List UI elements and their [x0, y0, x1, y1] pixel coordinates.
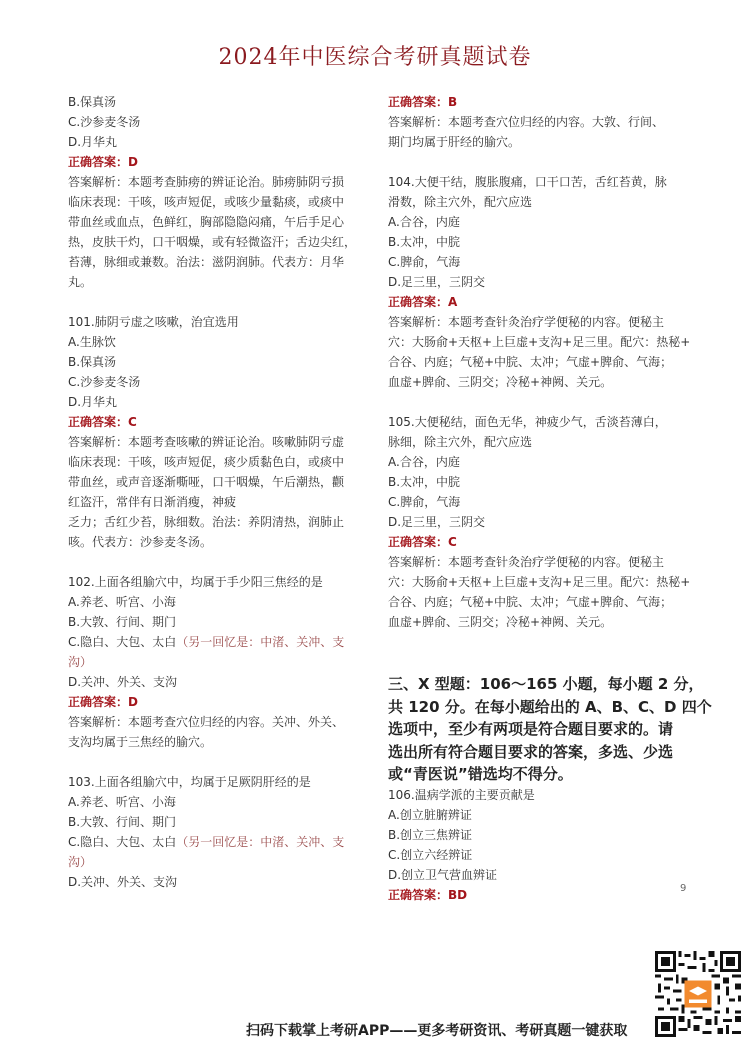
option: B.太冲，中脘	[388, 472, 698, 492]
option: D.创立卫气营血辨证	[388, 865, 698, 885]
analysis-line: 临床表现：干咳，咳声短促，或咳少量黏痰，或痰中	[68, 192, 378, 212]
option: B.大敦、行间、期门	[68, 812, 378, 832]
analysis-line: 带血丝或血点，色鲜红，胸部隐隐闷痛，午后手足心	[68, 212, 378, 232]
correct-answer: 正确答案：C	[388, 532, 698, 552]
qr-code-icon[interactable]	[655, 951, 741, 1037]
recall-note: 沟）	[68, 652, 378, 672]
analysis-line: 答案解析：本题考查肺痨的辨证论治。肺痨肺阴亏损	[68, 172, 378, 192]
correct-answer: 正确答案：B	[388, 92, 698, 112]
option: C.沙参麦冬汤	[68, 112, 378, 132]
recall-note: （另一回忆是：中渚、关冲、支	[176, 635, 344, 649]
correct-answer: 正确答案：C	[68, 412, 378, 432]
option: D.月华丸	[68, 132, 378, 152]
correct-answer: 正确答案：A	[388, 292, 698, 312]
correct-answer: 正确答案：D	[68, 152, 378, 172]
section-line: 选出所有符合题目要求的答案，多选、少选	[388, 742, 698, 763]
analysis-line: 答案解析：本题考查针灸治疗学便秘的内容。便秘主	[388, 552, 698, 572]
analysis-line: 带血丝，或声音逐渐嘶哑，口干咽燥，午后潮热，颧	[68, 472, 378, 492]
option: C.脾俞，气海	[388, 252, 698, 272]
analysis-line: 穴：大肠俞+天枢+上巨虚+支沟+足三里。配穴：热秘+	[388, 572, 698, 592]
option: A.养老、听宫、小海	[68, 792, 378, 812]
analysis-line: 合谷、内庭；气秘+中脘、太冲；气虚+脾俞、气海；	[388, 592, 698, 612]
option: D.足三里，三阴交	[388, 272, 698, 292]
question-stem: 101.肺阴亏虚之咳嗽，治宜选用	[68, 312, 378, 332]
analysis-line: 血虚+脾俞、三阴交；冷秘+神阙、关元。	[388, 612, 698, 632]
analysis-line: 穴：大肠俞+天枢+上巨虚+支沟+足三里。配穴：热秘+	[388, 332, 698, 352]
page-title: 2024年中医综合考研真题试卷	[0, 40, 750, 71]
correct-answer: 正确答案：D	[68, 692, 378, 712]
analysis-line: 答案解析：本题考查针灸治疗学便秘的内容。便秘主	[388, 312, 698, 332]
question-stem: 104.大便干结，腹胀腹痛，口干口苦，舌红苔黄，脉	[388, 172, 698, 192]
question-stem: 106.温病学派的主要贡献是	[388, 785, 698, 805]
option: A.合谷，内庭	[388, 212, 698, 232]
analysis-line: 合谷、内庭；气秘+中脘、太冲；气虚+脾俞、气海；	[388, 352, 698, 372]
analysis-line: 临床表现：干咳，咳声短促，痰少质黏色白，或痰中	[68, 452, 378, 472]
option: D.月华丸	[68, 392, 378, 412]
option: D.足三里，三阴交	[388, 512, 698, 532]
section-line: 或“青医说”错选均不得分。	[388, 764, 698, 785]
analysis-line: 支沟均属于三焦经的腧穴。	[68, 732, 378, 752]
analysis-line: 血虚+脾俞、三阴交；冷秘+神阙、关元。	[388, 372, 698, 392]
section-heading: 三、X 型题：106～165 小题，每小题 2 分， 共 120 分。在每小题给…	[388, 674, 698, 785]
question-stem: 102.上面各组腧穴中，均属于手少阳三焦经的是	[68, 572, 378, 592]
analysis-line: 答案解析：本题考查咳嗽的辨证论治。咳嗽肺阴亏虚	[68, 432, 378, 452]
section-line: 三、X 型题：106～165 小题，每小题 2 分，	[388, 674, 698, 695]
right-column: 正确答案：B 答案解析：本题考查穴位归经的内容。大敦、行间、 期门均属于肝经的腧…	[388, 92, 698, 905]
option-c: C.隐白、大包、太白（另一回忆是：中渚、关冲、支	[68, 832, 378, 852]
analysis-line: 答案解析：本题考查穴位归经的内容。关冲、外关、	[68, 712, 378, 732]
option: B.太冲，中脘	[388, 232, 698, 252]
question-stem: 105.大便秘结，面色无华，神疲少气，舌淡苔薄白，	[388, 412, 698, 432]
analysis-line: 乏力；舌红少苔，脉细数。治法：养阴清热，润肺止	[68, 512, 378, 532]
option: B.保真汤	[68, 92, 378, 112]
option: A.创立脏腑辨证	[388, 805, 698, 825]
option: D.关冲、外关、支沟	[68, 672, 378, 692]
left-column: B.保真汤 C.沙参麦冬汤 D.月华丸 正确答案：D 答案解析：本题考查肺痨的辨…	[68, 92, 378, 892]
option-text: C.隐白、大包、太白	[68, 635, 176, 649]
option: D.关冲、外关、支沟	[68, 872, 378, 892]
option: A.合谷，内庭	[388, 452, 698, 472]
section-line: 选项中，至少有两项是符合题目要求的。请	[388, 719, 698, 740]
option: A.养老、听宫、小海	[68, 592, 378, 612]
analysis-line: 答案解析：本题考查穴位归经的内容。大敦、行间、	[388, 112, 698, 132]
analysis-line: 丸。	[68, 272, 378, 292]
recall-note: （另一回忆是：中渚、关冲、支	[176, 835, 344, 849]
option: B.保真汤	[68, 352, 378, 372]
question-stem: 滑数，除主穴外，配穴应选	[388, 192, 698, 212]
footer-promo-text: 扫码下载掌上考研APP——更多考研资讯、考研真题一键获取	[246, 1020, 627, 1040]
page-number: 9	[680, 883, 686, 894]
option: B.大敦、行间、期门	[68, 612, 378, 632]
option: B.创立三焦辨证	[388, 825, 698, 845]
question-stem: 103.上面各组腧穴中，均属于足厥阴肝经的是	[68, 772, 378, 792]
option-c: C.隐白、大包、太白（另一回忆是：中渚、关冲、支	[68, 632, 378, 652]
option: A.生脉饮	[68, 332, 378, 352]
question-stem: 脉细，除主穴外，配穴应选	[388, 432, 698, 452]
correct-answer: 正确答案：BD	[388, 885, 698, 905]
analysis-line: 红盗汗，常伴有日渐消瘦，神疲	[68, 492, 378, 512]
analysis-line: 热，皮肤干灼，口干咽燥，或有轻微盗汗；舌边尖红，	[68, 232, 378, 252]
recall-note: 沟）	[68, 852, 378, 872]
analysis-line: 苔薄，脉细或兼数。治法：滋阴润肺。代表方：月华	[68, 252, 378, 272]
option: C.脾俞，气海	[388, 492, 698, 512]
option: C.创立六经辨证	[388, 845, 698, 865]
analysis-line: 期门均属于肝经的腧穴。	[388, 132, 698, 152]
option: C.沙参麦冬汤	[68, 372, 378, 392]
option-text: C.隐白、大包、太白	[68, 835, 176, 849]
analysis-line: 咳。代表方：沙参麦冬汤。	[68, 532, 378, 552]
section-line: 共 120 分。在每小题给出的 A、B、C、D 四个	[388, 697, 698, 718]
